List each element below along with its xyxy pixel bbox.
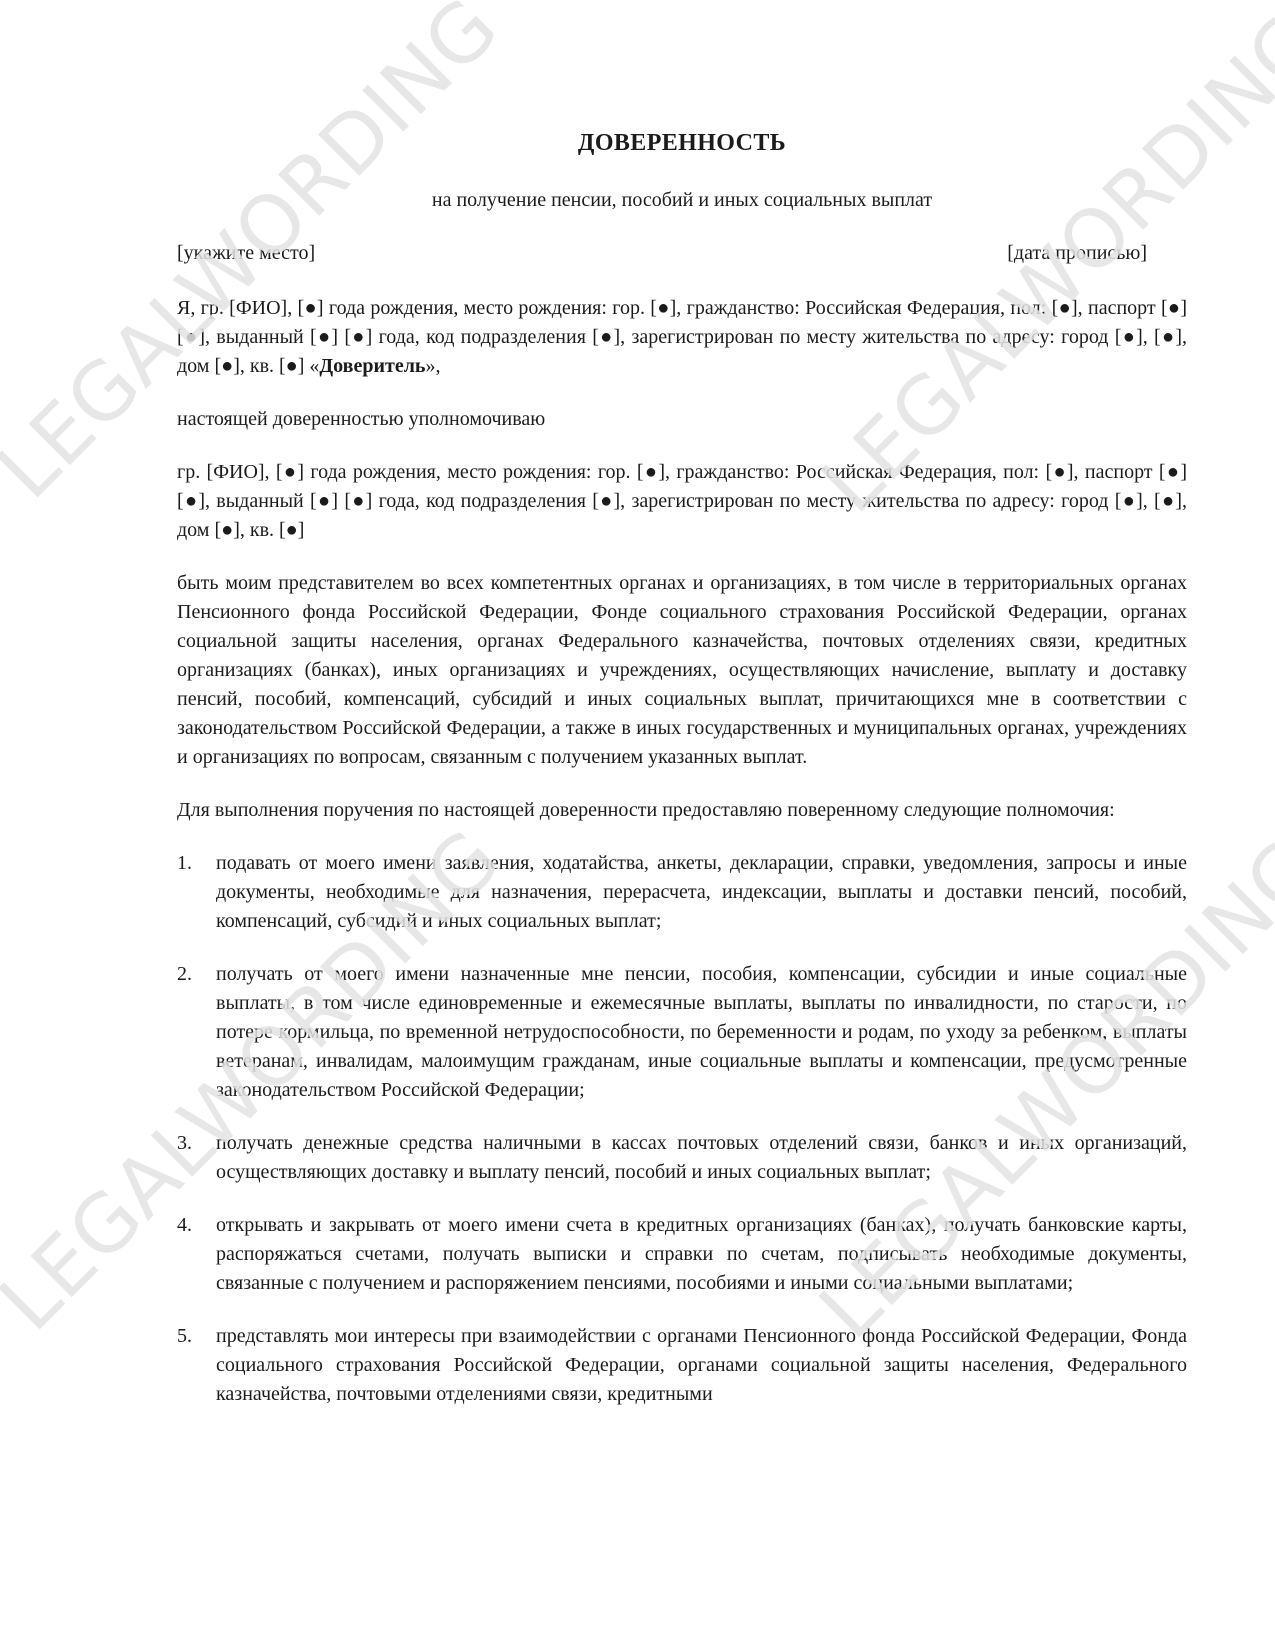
scope-paragraph: быть моим представителем во всех компете… — [177, 569, 1187, 772]
power-item-text: представлять мои интересы при взаимодейс… — [216, 1325, 1187, 1405]
document-page: ДОВЕРЕННОСТЬ на получение пенсии, пособи… — [0, 0, 1275, 1651]
power-item: 3. получать денежные средства наличными … — [177, 1129, 1187, 1187]
power-item: 2. получать от моего имени назначенные м… — [177, 960, 1187, 1105]
principal-text-tail: », — [426, 355, 441, 377]
principal-paragraph: Я, гр. [ФИО], [●] года рождения, место р… — [177, 294, 1187, 381]
power-item-text: открывать и закрывать от моего имени сче… — [216, 1214, 1187, 1294]
power-item-text: получать от моего имени назначенные мне … — [216, 963, 1187, 1101]
power-item: 5. представлять мои интересы при взаимод… — [177, 1322, 1187, 1409]
principal-role-label: Доверитель — [319, 355, 425, 377]
power-item-number: 3. — [177, 1129, 192, 1158]
powers-list: 1. подавать от моего имени заявления, хо… — [177, 849, 1187, 1409]
place-date-row: [укажите место] [дата прописью] — [177, 239, 1187, 268]
power-item-text: получать денежные средства наличными в к… — [216, 1132, 1187, 1183]
document-title: ДОВЕРЕННОСТЬ — [177, 128, 1187, 158]
power-item-number: 5. — [177, 1322, 192, 1351]
document-content: ДОВЕРЕННОСТЬ на получение пенсии, пособи… — [177, 0, 1187, 1433]
power-item: 4. открывать и закрывать от моего имени … — [177, 1211, 1187, 1298]
powers-intro: Для выполнения поручения по настоящей до… — [177, 796, 1187, 825]
authorization-clause: настоящей доверенностью уполномочиваю — [177, 405, 1187, 434]
date-placeholder: [дата прописью] — [1007, 239, 1187, 268]
power-item: 1. подавать от моего имени заявления, хо… — [177, 849, 1187, 936]
power-item-text: подавать от моего имени заявления, ходат… — [216, 852, 1187, 932]
attorney-paragraph: гр. [ФИО], [●] года рождения, место рожд… — [177, 458, 1187, 545]
power-item-number: 1. — [177, 849, 192, 878]
power-item-number: 4. — [177, 1211, 192, 1240]
power-item-number: 2. — [177, 960, 192, 989]
place-placeholder: [укажите место] — [177, 239, 315, 268]
document-subtitle: на получение пенсии, пособий и иных соци… — [177, 186, 1187, 215]
